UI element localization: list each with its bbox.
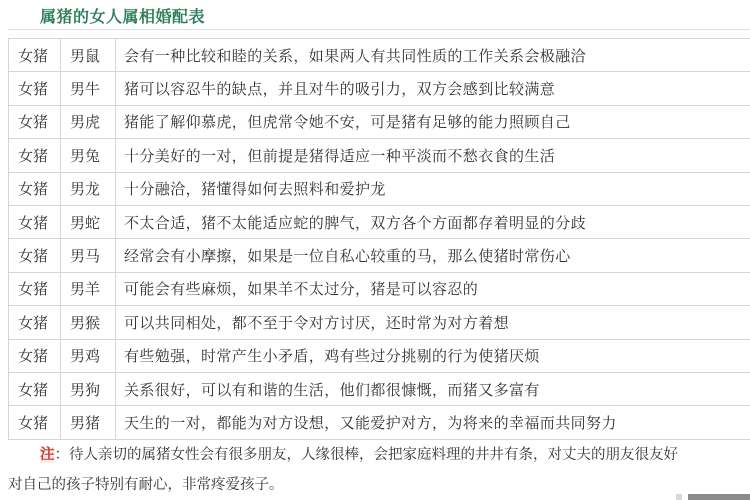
male-sign-cell: 男牛 <box>61 72 116 105</box>
table-row: 女猪 男兔 十分美好的一对，但前提是猪得适应一种平淡而不愁衣食的生活 <box>9 139 750 172</box>
female-sign-cell: 女猪 <box>9 306 61 339</box>
female-sign-cell: 女猪 <box>9 139 61 172</box>
male-sign-cell: 男兔 <box>61 139 116 172</box>
female-sign-cell: 女猪 <box>9 105 61 138</box>
female-sign-cell: 女猪 <box>9 172 61 205</box>
male-sign-cell: 男龙 <box>61 172 116 205</box>
table-row: 女猪 男狗 关系很好，可以有和谐的生活，他们都很慷慨，而猪又多富有 <box>9 372 750 405</box>
table-row: 女猪 男蛇 不太合适，猪不太能适应蛇的脾气，双方各个方面都存着明显的分歧 <box>9 205 750 238</box>
match-description-cell: 猪能了解仰慕虎，但虎常令她不安，可是猪有足够的能力照顾自己 <box>116 105 750 138</box>
title-divider <box>8 29 750 30</box>
table-row: 女猪 男猪 天生的一对，都能为对方设想，又能爱护对方，为将来的幸福而共同努力 <box>9 406 750 439</box>
male-sign-cell: 男鸡 <box>61 339 116 372</box>
female-sign-cell: 女猪 <box>9 39 61 72</box>
male-sign-cell: 男蛇 <box>61 205 116 238</box>
table-row: 女猪 男龙 十分融洽，猪懂得如何去照料和爱护龙 <box>9 172 750 205</box>
female-sign-cell: 女猪 <box>9 72 61 105</box>
male-sign-cell: 男羊 <box>61 272 116 305</box>
male-sign-cell: 男猪 <box>61 406 116 439</box>
female-sign-cell: 女猪 <box>9 205 61 238</box>
female-sign-cell: 女猪 <box>9 239 61 272</box>
match-description-cell: 有些勉强，时常产生小矛盾，鸡有些过分挑剔的行为使猪厌烦 <box>116 339 750 372</box>
male-sign-cell: 男鼠 <box>61 39 116 72</box>
note-text-2: 对自己的孩子特别有耐心，非常疼爱孩子。 <box>8 470 750 500</box>
female-sign-cell: 女猪 <box>9 372 61 405</box>
match-description-cell: 猪可以容忍牛的缺点，并且对牛的吸引力，双方会感到比较满意 <box>116 72 750 105</box>
table-row: 女猪 男羊 可能会有些麻烦，如果羊不太过分，猪是可以容忍的 <box>9 272 750 305</box>
table-row: 女猪 男鼠 会有一种比较和睦的关系，如果两人有共同性质的工作关系会极融洽 <box>9 39 750 72</box>
table-row: 女猪 男马 经常会有小摩擦，如果是一位自私心较重的马，那么使猪时常伤心 <box>9 239 750 272</box>
table-row: 女猪 男鸡 有些勉强，时常产生小矛盾，鸡有些过分挑剔的行为使猪厌烦 <box>9 339 750 372</box>
table-row: 女猪 男牛 猪可以容忍牛的缺点，并且对牛的吸引力，双方会感到比较满意 <box>9 72 750 105</box>
match-description-cell: 天生的一对，都能为对方设想，又能爱护对方，为将来的幸福而共同努力 <box>116 406 750 439</box>
zodiac-match-table: 女猪 男鼠 会有一种比较和睦的关系，如果两人有共同性质的工作关系会极融洽 女猪 … <box>8 38 750 440</box>
page-title: 属猪的女人属相婚配表 <box>40 5 205 29</box>
note-label: 注 <box>40 447 55 463</box>
match-description-cell: 十分融洽，猪懂得如何去照料和爱护龙 <box>116 172 750 205</box>
note-line-1: 注：待人亲切的属猪女性会有很多朋友，人缘很棒，会把家庭料理的井井有条，对丈夫的朋… <box>8 440 750 470</box>
match-description-cell: 十分美好的一对，但前提是猪得适应一种平淡而不愁衣食的生活 <box>116 139 750 172</box>
match-description-cell: 经常会有小摩擦，如果是一位自私心较重的马，那么使猪时常伤心 <box>116 239 750 272</box>
watermark-dot <box>676 494 682 500</box>
match-description-cell: 可能会有些麻烦，如果羊不太过分，猪是可以容忍的 <box>116 272 750 305</box>
table-row: 女猪 男虎 猪能了解仰慕虎，但虎常令她不安，可是猪有足够的能力照顾自己 <box>9 105 750 138</box>
female-sign-cell: 女猪 <box>9 339 61 372</box>
match-description-cell: 可以共同相处，都不至于令对方讨厌，还时常为对方着想 <box>116 306 750 339</box>
match-description-cell: 不太合适，猪不太能适应蛇的脾气，双方各个方面都存着明显的分歧 <box>116 205 750 238</box>
male-sign-cell: 男猴 <box>61 306 116 339</box>
male-sign-cell: 男狗 <box>61 372 116 405</box>
male-sign-cell: 男虎 <box>61 105 116 138</box>
watermark-bar <box>688 494 750 500</box>
table-row: 女猪 男猴 可以共同相处，都不至于令对方讨厌，还时常为对方着想 <box>9 306 750 339</box>
female-sign-cell: 女猪 <box>9 406 61 439</box>
female-sign-cell: 女猪 <box>9 272 61 305</box>
note-paragraph: 注：待人亲切的属猪女性会有很多朋友，人缘很棒，会把家庭料理的井井有条，对丈夫的朋… <box>8 440 750 500</box>
male-sign-cell: 男马 <box>61 239 116 272</box>
match-description-cell: 关系很好，可以有和谐的生活，他们都很慷慨，而猪又多富有 <box>116 372 750 405</box>
match-description-cell: 会有一种比较和睦的关系，如果两人有共同性质的工作关系会极融洽 <box>116 39 750 72</box>
note-text-1: ：待人亲切的属猪女性会有很多朋友，人缘很棒，会把家庭料理的井井有条，对丈夫的朋友… <box>55 447 679 463</box>
